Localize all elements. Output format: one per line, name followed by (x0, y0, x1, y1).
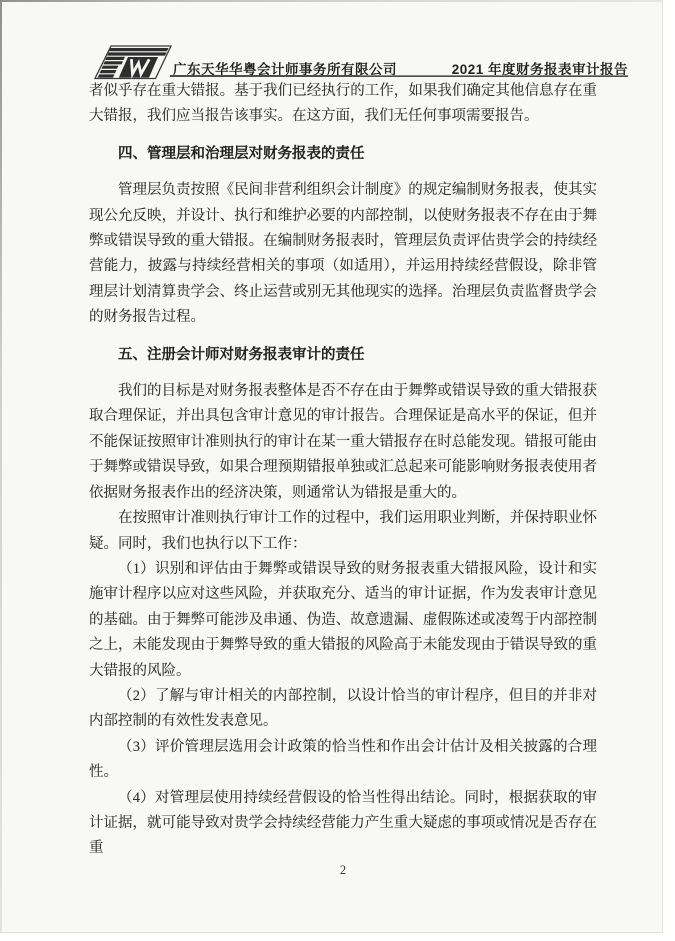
scanned-audit-report-page: 广东天华华粤会计师事务所有限公司 2021 年度财务报表审计报告 者似乎存在重大… (0, 0, 675, 941)
body-paragraph: （2）了解与审计相关的内部控制，以设计恰当的审计程序，但目的并非对内部控制的有效… (89, 684, 597, 735)
section-heading: 四、管理层和治理层对财务报表的责任 (89, 142, 597, 167)
document-body: 者似乎存在重大错报。基于我们已经执行的工作，如果我们确定其他信息存在重大错报，我… (89, 79, 597, 862)
body-paragraph: 我们的目标是对财务报表整体是否不存在由于舞弊或错误导致的重大错报获取合理保证，并… (89, 379, 597, 506)
tw-logo-icon (94, 43, 172, 81)
body-paragraph: （4）对管理层使用持续经营假设的恰当性得出结论。同时，根据获取的审计证据，就可能… (89, 786, 597, 862)
page-number: 2 (340, 863, 346, 877)
scan-edge-top (0, 0, 662, 2)
header-rule (170, 75, 628, 77)
firm-logo (94, 43, 172, 81)
body-paragraph: 者似乎存在重大错报。基于我们已经执行的工作，如果我们确定其他信息存在重大错报，我… (89, 79, 597, 130)
scan-edge-left (0, 0, 2, 932)
section-heading: 五、注册会计师对财务报表审计的责任 (89, 343, 597, 368)
body-paragraph: 在按照审计准则执行审计工作的过程中，我们运用职业判断，并保持职业怀疑。同时，我们… (89, 506, 597, 557)
paper-area: 广东天华华粤会计师事务所有限公司 2021 年度财务报表审计报告 者似乎存在重大… (0, 0, 663, 933)
body-paragraph: （1）识别和评估由于舞弊或错误导致的财务报表重大错报风险，设计和实施审计程序以应… (89, 557, 597, 684)
body-paragraph: 管理层负责按照《民间非营利组织会计制度》的规定编制财务报表，使其实现公允反映，并… (89, 178, 597, 330)
page-footer: 2 (89, 861, 597, 879)
body-paragraph: （3）评价管理层选用会计政策的恰当性和作出会计估计及相关披露的合理性。 (89, 735, 597, 786)
